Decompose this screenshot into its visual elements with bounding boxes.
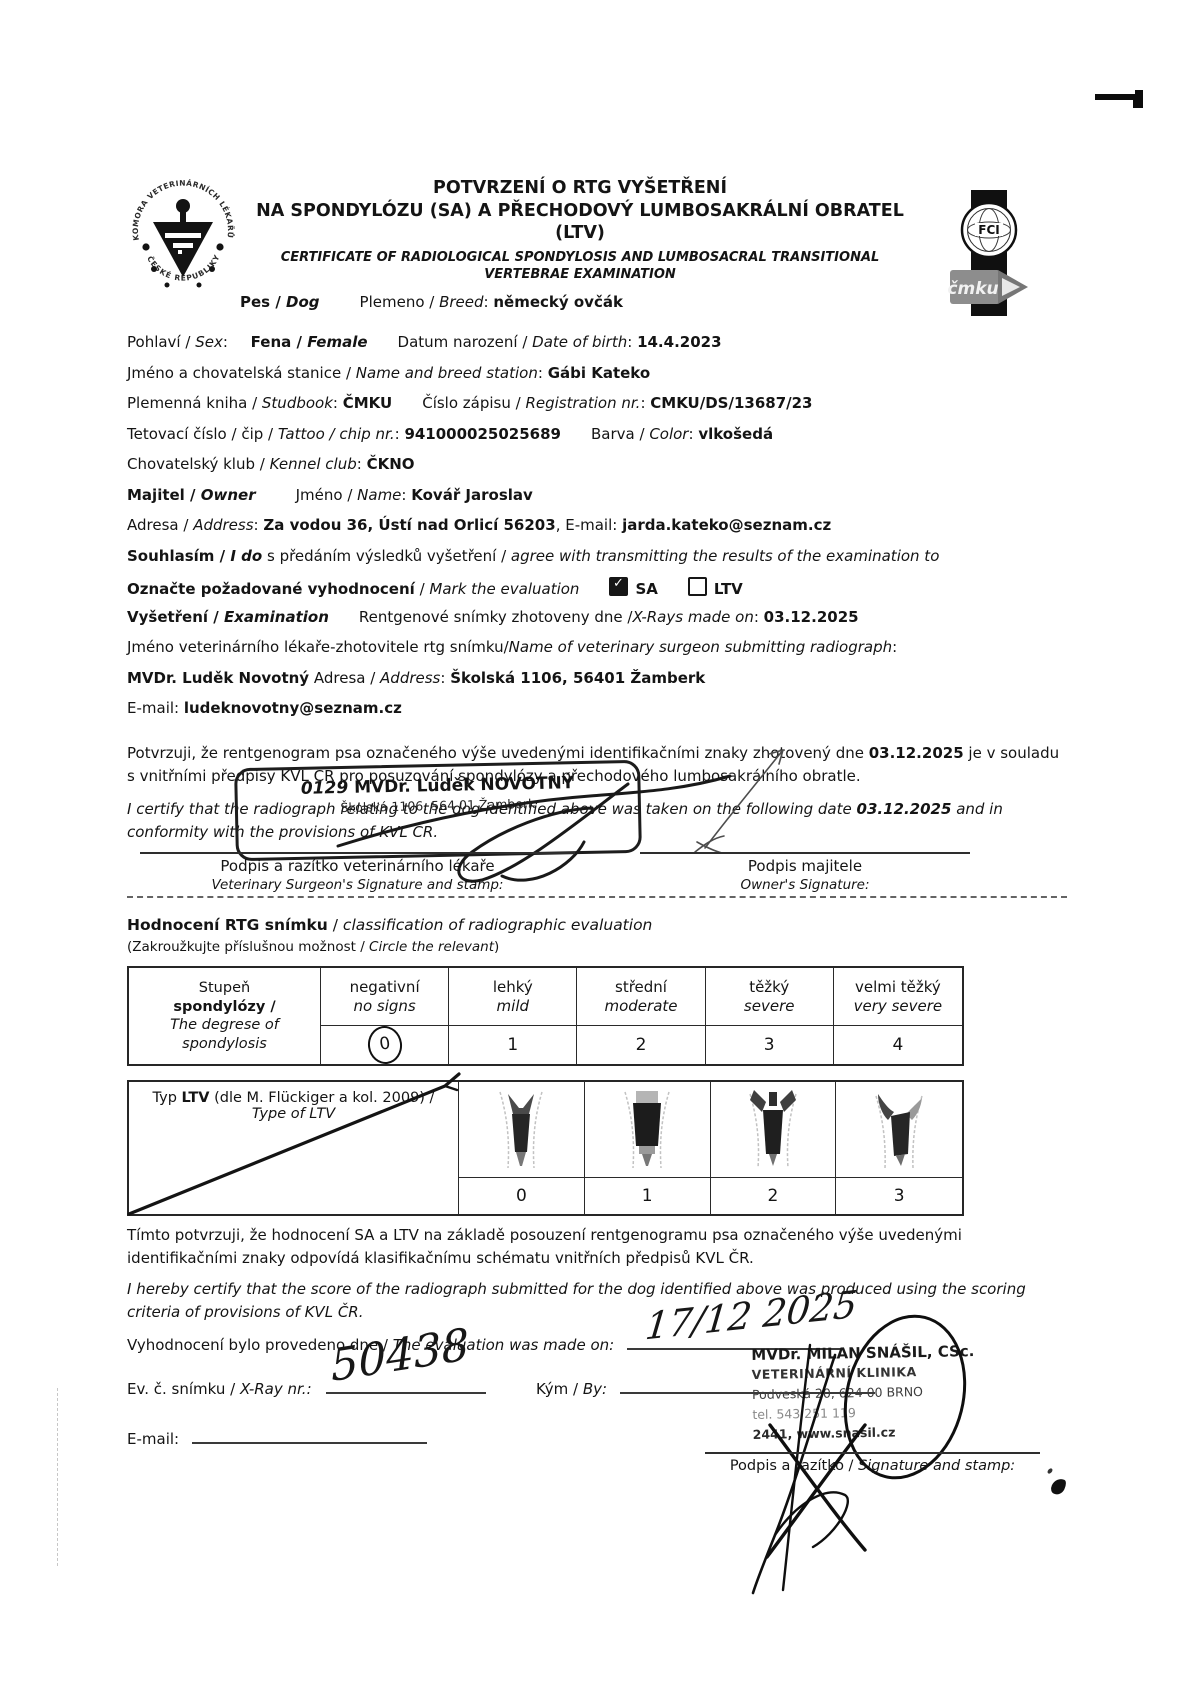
owner-label-cs: Majitel /: [127, 486, 201, 504]
col-header-cs: negativní: [350, 978, 420, 997]
field-owner-name: Majitel / OwnerJméno / Name: Kovář Jaros…: [127, 486, 1087, 504]
sep: :: [333, 394, 343, 412]
surgeon-label-cs: Jméno veterinárního lékaře-zhotovitele r…: [127, 638, 509, 656]
tattoo-label-cs: Tetovací číslo / čip /: [127, 425, 278, 443]
sex-value-en: Female: [307, 333, 367, 351]
title-line-1: POTVRZENÍ O RTG VYŠETŘENÍ: [230, 177, 930, 200]
exam-date-value: 03.12.2025: [764, 608, 859, 626]
xray-number-blank-line: 50438: [326, 1378, 486, 1394]
spondylosis-col-negative-header: negativní no signs: [321, 968, 449, 1026]
mark-label-cs: Označte požadované vyhodnocení: [127, 580, 415, 598]
dog-label-en: Dog: [286, 293, 320, 311]
color-value: vlkošedá: [698, 425, 773, 443]
owner-name-label-cs: Jméno /: [296, 486, 358, 504]
sep: ): [494, 939, 499, 955]
spondylosis-grade-0-circled: 0: [321, 1026, 449, 1064]
owner-pencil-mark: [675, 730, 815, 860]
owner-email-label: , E-mail:: [556, 516, 622, 534]
surgeon-label-en: Name of veterinary surgeon submitting ra…: [509, 638, 892, 656]
grade-value: 2: [636, 1035, 647, 1055]
owner-signature-line: [640, 852, 970, 854]
sep: :: [627, 333, 637, 351]
field-name-station: Jméno a chovatelská stanice / Name and b…: [127, 364, 1087, 382]
studbook-label-en: Studbook: [262, 394, 333, 412]
surgeon-address-label-cs: Adresa /: [309, 669, 380, 687]
field-studbook-registration: Plemenná kniha / Studbook: ČMKUČíslo záp…: [127, 394, 1087, 412]
evaluation-heading-en: classification of radiographic evaluatio…: [343, 916, 652, 934]
breed-value: německý ovčák: [493, 293, 623, 311]
consent-text-cs: s předáním výsledků vyšetření /: [262, 547, 511, 565]
evaluator-signature-label-cs: Podpis a razítko /: [730, 1458, 858, 1474]
col-header-cs: lehký: [493, 978, 533, 997]
sep: /: [328, 916, 343, 934]
kennel-label-cs: Chovatelský klub /: [127, 455, 270, 473]
dob-label-en: Date of birth: [532, 333, 627, 351]
grade-value: 4: [892, 1035, 903, 1055]
sex-value-cs: Fena /: [251, 333, 308, 351]
ltv-type-1-image-cell: [585, 1082, 711, 1178]
ltv-checkbox-label: LTV: [714, 580, 743, 598]
consent-text-en: agree with transmitting the results of t…: [511, 547, 939, 565]
ltv-type-3-image-cell: [836, 1082, 962, 1178]
circled-grade-value: 0: [365, 1024, 404, 1066]
col-header-en: severe: [744, 997, 795, 1016]
ltv-type-1-value: 1: [585, 1178, 711, 1214]
xray-label-en: X-Ray nr.:: [240, 1380, 312, 1398]
owner-email-value: jarda.kateko@seznam.cz: [622, 516, 831, 534]
svg-text:FCI: FCI: [978, 223, 999, 237]
scanned-certificate-page: KOMORA VETERINÁRNÍCH LÉKAŘŮ ČESKÉ REPUBL…: [0, 0, 1190, 1683]
spondylosis-col-moderate-header: střední moderate: [577, 968, 705, 1026]
owner-name-value: Kovář Jaroslav: [411, 486, 533, 504]
ltv-checkbox[interactable]: [688, 577, 707, 596]
owner-name-label-en: Name: [357, 486, 401, 504]
address-label-cs: Adresa /: [127, 516, 193, 534]
grade-value: 1: [507, 1035, 518, 1055]
email-blank-line: [192, 1428, 427, 1444]
title-block: POTVRZENÍ O RTG VYŠETŘENÍ NA SPONDYLÓZU …: [230, 177, 930, 283]
spondylosis-grade-4: 4: [834, 1026, 962, 1064]
handwritten-xray-number: 50438: [330, 1319, 471, 1392]
breed-label-cs: Plemeno /: [360, 293, 440, 311]
sep: :: [538, 364, 548, 382]
sep: :: [892, 638, 897, 656]
section-divider: [127, 896, 1067, 898]
evaluator-signature-line: [705, 1452, 1040, 1454]
field-kennel-club: Chovatelský klub / Kennel club: ČKNO: [127, 455, 1087, 473]
sa-checkbox-label: SA: [635, 580, 657, 598]
confirm-en-date: 03.12.2025: [857, 800, 952, 818]
title-line-3: (LTV): [230, 222, 930, 245]
breed-label-en: Breed: [439, 293, 483, 311]
spondylosis-grade-2: 2: [577, 1026, 705, 1064]
diagonal-strike-line: [127, 1072, 467, 1217]
field-surgeon-label: Jméno veterinárního lékaře-zhotovitele r…: [127, 638, 1087, 656]
ltv-type-0-image-cell: [459, 1082, 585, 1178]
vet-signature-label-cs: Podpis a razítko veterinárního lékaře: [140, 857, 575, 876]
spondylosis-row-label: Stupeň spondylózy / The degrese of spond…: [129, 968, 321, 1064]
dog-label-cs: Pes /: [240, 293, 286, 311]
field-tattoo-color: Tetovací číslo / čip / Tattoo / chip nr.…: [127, 425, 1087, 443]
evaluator-signature-label: Podpis a razítko / Signature and stamp:: [690, 1458, 1055, 1474]
email-row: E-mail:: [127, 1428, 427, 1446]
col-header-cs: těžký: [749, 978, 789, 997]
evaluation-heading-cs: Hodnocení RTG snímku: [127, 916, 328, 934]
by-label-en: By:: [583, 1380, 607, 1398]
exam-label-en: Examination: [224, 608, 329, 626]
vet-signature-label: Podpis a razítko veterinárního lékaře Ve…: [140, 857, 575, 895]
by-label-cs: Kým /: [536, 1380, 583, 1398]
surgeon-address-value: Školská 1106, 56401 Žamberk: [450, 669, 705, 687]
ltv-type-table: Typ LTV (dle M. Flückiger a kol. 2009) /…: [127, 1080, 964, 1216]
field-dog-breed: Pes / DogPlemeno / Breed: německý ovčák: [240, 293, 623, 311]
title-line-2: NA SPONDYLÓZU (SA) A PŘECHODOVÝ LUMBOSAK…: [230, 200, 930, 223]
field-examination-date: Vyšetření / ExaminationRentgenové snímky…: [127, 608, 1087, 626]
sep: :: [440, 669, 450, 687]
spondylosis-grade-3: 3: [706, 1026, 834, 1064]
sa-checkbox[interactable]: [609, 577, 628, 596]
address-label-en: Address: [193, 516, 253, 534]
subtitle-line-1: CERTIFICATE OF RADIOLOGICAL SPONDYLOSIS …: [230, 249, 930, 266]
sep: :: [688, 425, 698, 443]
svg-text:čmku: čmku: [948, 279, 999, 299]
final-certification-cs: Tímto potvrzuji, že hodnocení SA a LTV n…: [127, 1224, 1075, 1269]
row-label-2: spondylózy /: [173, 998, 275, 1017]
registration-label-cs: Číslo zápisu /: [422, 394, 525, 412]
station-label-en: Name and breed station: [356, 364, 538, 382]
owner-signature-label: Podpis majitele Owner's Signature:: [640, 857, 970, 895]
surgeon-email-label: E-mail:: [127, 699, 184, 717]
form-fields: Pohlaví / Sex: Fena / FemaleDatum naroze…: [127, 333, 1087, 730]
sep: :: [484, 293, 494, 311]
exam-label-cs: Vyšetření /: [127, 608, 224, 626]
row-label-4: spondylosis: [182, 1035, 267, 1054]
tattoo-label-en: Tattoo / chip nr.: [278, 425, 395, 443]
mark-label-en: Mark the evaluation: [429, 580, 579, 598]
station-value: Gábi Kateko: [548, 364, 651, 382]
grade-value: 3: [764, 1035, 775, 1055]
registration-value: CMKU/DS/13687/23: [650, 394, 812, 412]
owner-signature-label-cs: Podpis majitele: [640, 857, 970, 876]
exam-text-cs: Rentgenové snímky zhotoveny dne /: [359, 608, 633, 626]
spondylosis-col-severe-header: těžký severe: [706, 968, 834, 1026]
sep: :: [254, 516, 264, 534]
vet-signature-label-en: Veterinary Surgeon's Signature and stamp…: [140, 876, 575, 895]
vet-signature-line: [140, 852, 575, 854]
tattoo-value: 941000025025689: [404, 425, 561, 443]
ltv-type-value: 2: [767, 1186, 778, 1206]
surgeon-address-label-en: Address: [380, 669, 440, 687]
field-sex-dob: Pohlaví / Sex: Fena / FemaleDatum naroze…: [127, 333, 1087, 351]
scan-corner-mark: [1095, 90, 1145, 110]
evaluator-signature: [715, 1285, 1085, 1605]
sep: :: [754, 608, 764, 626]
sex-label-cs: Pohlaví /: [127, 333, 195, 351]
sep: :: [357, 455, 367, 473]
col-header-en: no signs: [353, 997, 415, 1016]
spondylosis-grade-table: Stupeň spondylózy / The degrese of spond…: [127, 966, 964, 1066]
spondylosis-grade-1: 1: [449, 1026, 577, 1064]
ltv-type-2-vertebra-diagram: [738, 1086, 808, 1174]
ltv-type-3-vertebra-diagram: [864, 1086, 934, 1174]
col-header-en: mild: [497, 997, 529, 1016]
email-label: E-mail:: [127, 1430, 179, 1448]
scan-margin-line: [57, 1388, 58, 1566]
col-header-en: moderate: [604, 997, 677, 1016]
ltv-type-value: 1: [642, 1186, 653, 1206]
ltv-type-0-vertebra-diagram: [486, 1086, 556, 1174]
col-header-cs: střední: [615, 978, 667, 997]
subtitle-line-2: VERTEBRAE EXAMINATION: [230, 266, 930, 283]
row-label-1: Stupeň: [199, 979, 250, 998]
evaluation-sub-cs: (Zakroužkujte příslušnou možnost /: [127, 939, 369, 955]
studbook-value: ČMKU: [343, 394, 392, 412]
field-surgeon-address: MVDr. Luděk Novotný Adresa / Address: Šk…: [127, 669, 1087, 687]
field-consent: Souhlasím / I do s předáním výsledků vyš…: [127, 547, 1087, 565]
col-header-cs: velmi těžký: [855, 978, 941, 997]
ltv-type-value: 3: [894, 1186, 905, 1206]
confirm-date: 03.12.2025: [869, 744, 964, 762]
spondylosis-col-very-severe-header: velmi těžký very severe: [834, 968, 962, 1026]
kennel-value: ČKNO: [367, 455, 415, 473]
sep: /: [415, 580, 430, 598]
ltv-type-2-value: 2: [711, 1178, 837, 1214]
field-mark-evaluation: Označte požadované vyhodnocení / Mark th…: [127, 577, 1087, 595]
ltv-type-1-vertebra-diagram: [612, 1086, 682, 1174]
owner-signature-label-en: Owner's Signature:: [640, 876, 970, 895]
ltv-type-2-image-cell: [711, 1082, 837, 1178]
sep: :: [640, 394, 650, 412]
ltv-type-3-value: 3: [836, 1178, 962, 1214]
surgeon-email-value: ludeknovotny@seznam.cz: [184, 699, 402, 717]
evaluator-signature-label-en: Signature and stamp:: [858, 1458, 1015, 1474]
col-header-en: very severe: [854, 997, 942, 1016]
surgeon-name: MVDr. Luděk Novotný: [127, 669, 309, 687]
dob-value: 14.4.2023: [637, 333, 721, 351]
evaluation-sub-en: Circle the relevant: [369, 939, 494, 955]
registration-label-en: Registration nr.: [525, 394, 640, 412]
xray-label-cs: Ev. č. snímku /: [127, 1380, 240, 1398]
ltv-type-value: 0: [516, 1186, 527, 1206]
sep: :: [395, 425, 405, 443]
kvl-veterinary-chamber-logo: KOMORA VETERINÁRNÍCH LÉKAŘŮ ČESKÉ REPUBL…: [126, 176, 240, 308]
studbook-label-cs: Plemenná kniha /: [127, 394, 262, 412]
dob-label-cs: Datum narození /: [398, 333, 533, 351]
consent-label-cs: Souhlasím /: [127, 547, 230, 565]
color-label-cs: Barva /: [591, 425, 649, 443]
fci-cmku-logo: FCI čmku: [948, 188, 1030, 318]
exam-text-en: X-Rays made on: [632, 608, 753, 626]
ltv-table-label-cell: Typ LTV (dle M. Flückiger a kol. 2009) /…: [129, 1082, 459, 1214]
spondylosis-col-mild-header: lehký mild: [449, 968, 577, 1026]
evaluation-heading: Hodnocení RTG snímku / classification of…: [127, 916, 652, 934]
kennel-label-en: Kennel club: [270, 455, 357, 473]
row-label-3: The degrese of: [170, 1016, 279, 1035]
sep: :: [223, 333, 233, 351]
address-value: Za vodou 36, Ústí nad Orlicí 56203: [263, 516, 555, 534]
station-label-cs: Jméno a chovatelská stanice /: [127, 364, 356, 382]
consent-label-en: I do: [230, 547, 262, 565]
field-owner-address: Adresa / Address: Za vodou 36, Ústí nad …: [127, 516, 1087, 534]
field-surgeon-email: E-mail: ludeknovotny@seznam.cz: [127, 699, 1087, 717]
evaluation-subheading: (Zakroužkujte příslušnou možnost / Circl…: [127, 939, 499, 955]
ltv-type-0-value: 0: [459, 1178, 585, 1214]
sep: :: [401, 486, 411, 504]
owner-label-en: Owner: [201, 486, 256, 504]
sex-label-en: Sex: [195, 333, 223, 351]
color-label-en: Color: [649, 425, 688, 443]
